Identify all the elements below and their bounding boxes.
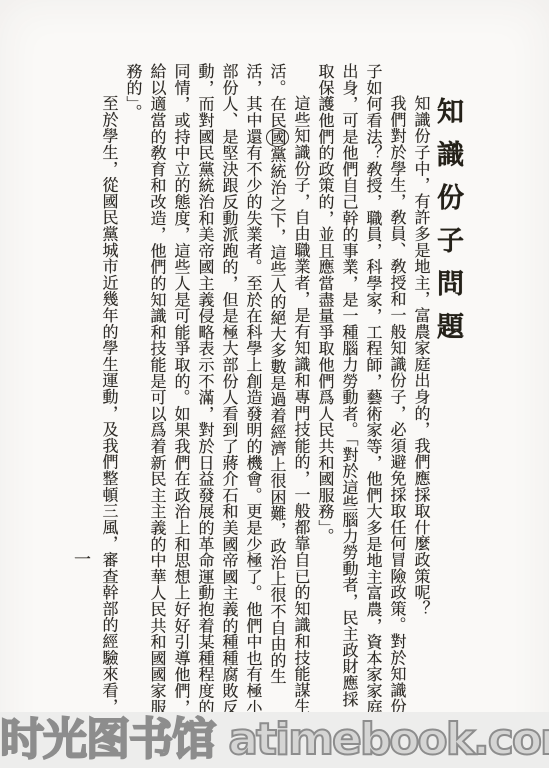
scanned-book-page: 知識份子問題 知識份子中，有許多是地主，富農家庭出身的，我們應採取什麼政策呢？ … (0, 0, 549, 768)
paragraph-intellectuals: 這些知識份子，自由職業者，是有知識和專門技能的，一般都靠自已的知識和技能謀生活。… (121, 63, 313, 715)
watermark-library-name: 时光图书馆 (0, 714, 215, 765)
paragraph-policy: 我們對於學生，敎員、敎授和一般知識份子，必須避免採取任何冒險政策。對於知識份子如… (313, 63, 409, 715)
paragraph-intellectuals-part2: 黨統治之下，這些人的絕大多數是過着經濟上很困難，政治上很不自由的生活，其中還有不… (124, 63, 287, 715)
paragraph-question: 知識份子中，有許多是地主，富農家庭出身的，我們應採取什麼政策呢？ (409, 63, 433, 715)
vertical-text-block: 知識份子問題 知識份子中，有許多是地主，富農家庭出身的，我們應採取什麼政策呢？ … (97, 63, 487, 715)
circled-character: 國 (266, 128, 289, 146)
watermark-text: 时光图书馆 atimebook.com (0, 712, 549, 768)
watermark-site-url: atimebook.com (215, 714, 549, 765)
page-number: 一 (74, 545, 91, 570)
watermark-band: 时光图书馆 atimebook.com (0, 712, 549, 768)
document-title: 知識份子問題 (433, 63, 461, 715)
paragraph-students: 至於學生，從國民黨城市近幾年的學生運動，及我們整頓三風，審查幹部的經驗來看， (97, 63, 121, 715)
